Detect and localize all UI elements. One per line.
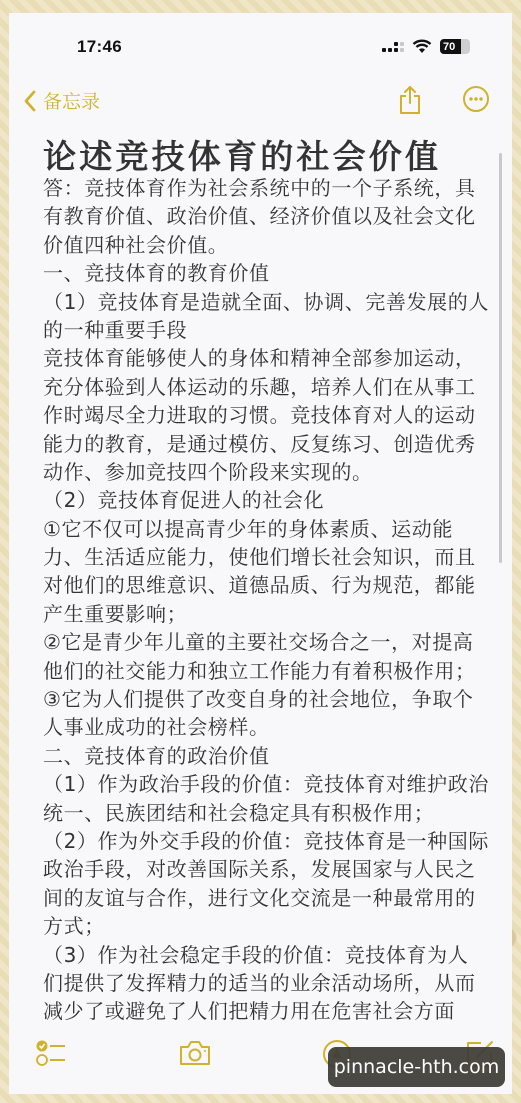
note-line: （1）竞技体育是造就全面、协调、完善发展的人 bbox=[43, 288, 493, 316]
note-line: 竞技体育能够使人的身体和精神全部参加运动， bbox=[43, 344, 493, 372]
note-line: 作时竭尽全力进取的习惯。竞技体育对人的运动 bbox=[43, 401, 493, 429]
note-line: 他们的社交能力和独立工作能力有着积极作用； bbox=[43, 657, 493, 685]
status-icons: 70 bbox=[382, 39, 470, 54]
wifi-icon bbox=[412, 39, 432, 54]
more-button[interactable] bbox=[462, 85, 490, 117]
watermark: pinnacle-hth.com bbox=[328, 1047, 505, 1087]
camera-button[interactable] bbox=[178, 1039, 212, 1071]
note-line: 一、竞技体育的教育价值 bbox=[43, 259, 493, 287]
note-line: 们提供了发挥精力的适当的业余活动场所，从而 bbox=[43, 969, 493, 997]
back-label: 备忘录 bbox=[43, 87, 100, 114]
note-line: 二、竞技体育的政治价值 bbox=[43, 742, 493, 770]
share-button[interactable] bbox=[397, 85, 423, 119]
note-line: 减少了或避免了人们把精力用在危害社会方面 bbox=[43, 997, 493, 1022]
notes-app-screen: 17:46 70 备忘录 bbox=[9, 13, 512, 1094]
note-title[interactable]: 论述竞技体育的社会价值 bbox=[43, 131, 441, 178]
note-line: 方式； bbox=[43, 912, 493, 940]
note-line: 产生重要影响； bbox=[43, 600, 493, 628]
more-ellipsis-icon bbox=[462, 85, 490, 113]
note-body[interactable]: 答：竞技体育作为社会系统中的一个子系统，具有教育价值、政治价值、经济价值以及社会… bbox=[43, 174, 493, 1022]
note-line: 统一、民族团结和社会稳定具有积极作用； bbox=[43, 799, 493, 827]
note-line: ②它是青少年儿童的主要社交场合之一，对提高 bbox=[43, 628, 493, 656]
note-line: （3）作为社会稳定手段的价值：竞技体育为人 bbox=[43, 941, 493, 969]
note-line: 间的友谊与合作，进行文化交流是一种最常用的 bbox=[43, 884, 493, 912]
share-icon bbox=[397, 85, 423, 115]
note-line: 能力的教育，是通过模仿、反复练习、创造优秀 bbox=[43, 430, 493, 458]
note-line: 动作、参加竞技四个阶段来实现的。 bbox=[43, 458, 493, 486]
note-line: 价值四种社会价值。 bbox=[43, 231, 493, 259]
battery-icon: 70 bbox=[440, 39, 470, 54]
note-line: 对他们的思维意识、道德品质、行为规范，都能 bbox=[43, 571, 493, 599]
note-line: （2）竞技体育促进人的社会化 bbox=[43, 486, 493, 514]
status-time: 17:46 bbox=[77, 37, 122, 57]
note-line: 的一种重要手段 bbox=[43, 316, 493, 344]
camera-icon bbox=[178, 1039, 212, 1067]
note-line: 充分体验到人体运动的乐趣，培养人们在从事工 bbox=[43, 373, 493, 401]
back-button[interactable]: 备忘录 bbox=[23, 87, 100, 114]
note-line: 人事业成功的社会榜样。 bbox=[43, 713, 493, 741]
note-line: 有教育价值、政治价值、经济价值以及社会文化 bbox=[43, 202, 493, 230]
battery-percent: 70 bbox=[440, 41, 470, 53]
checklist-button[interactable] bbox=[35, 1039, 69, 1071]
note-line: 答：竞技体育作为社会系统中的一个子系统，具 bbox=[43, 174, 493, 202]
note-line: （1）作为政治手段的价值：竞技体育对维护政治 bbox=[43, 770, 493, 798]
checklist-icon bbox=[35, 1039, 69, 1067]
navigation-bar: 备忘录 bbox=[9, 83, 512, 123]
status-bar: 17:46 70 bbox=[9, 13, 512, 73]
chevron-left-icon bbox=[23, 90, 37, 112]
cellular-signal-icon bbox=[382, 42, 404, 52]
note-line: 力、生活适应能力，使他们增长社会知识，而且 bbox=[43, 543, 493, 571]
note-line: ③它为人们提供了改变自身的社会地位，争取个 bbox=[43, 685, 493, 713]
scrollbar[interactable] bbox=[499, 153, 502, 563]
note-line: 政治手段，对改善国际关系，发展国家与人民之 bbox=[43, 855, 493, 883]
note-line: ①它不仅可以提高青少年的身体素质、运动能 bbox=[43, 515, 493, 543]
note-line: （2）作为外交手段的价值：竞技体育是一种国际 bbox=[43, 827, 493, 855]
